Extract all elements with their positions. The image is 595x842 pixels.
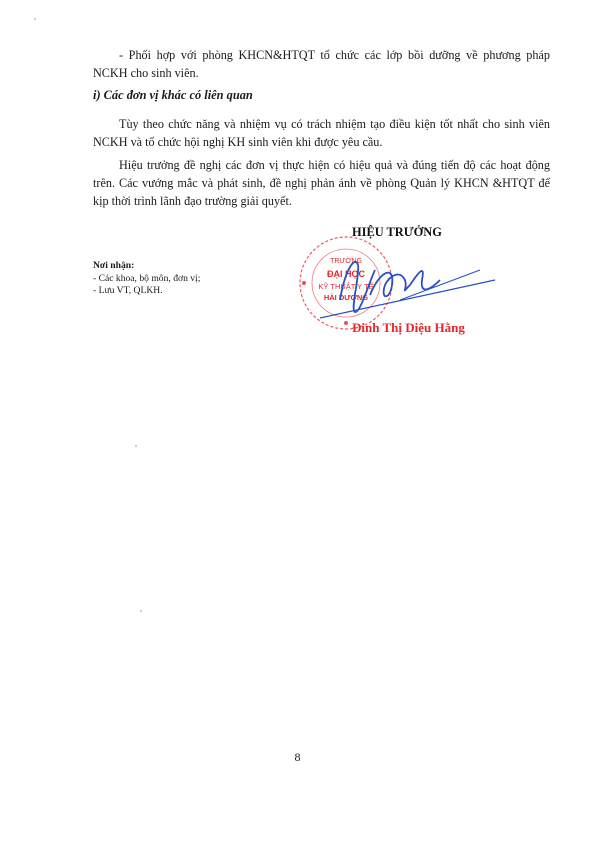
signature-title: HIỆU TRƯỞNG xyxy=(352,225,442,240)
recipient-item: - Lưu VT, QLKH. xyxy=(93,285,200,298)
signer-name: Đinh Thị Diệu Hằng xyxy=(352,320,465,336)
recipients-block: Nơi nhận: - Các khoa, bộ môn, đơn vị; - … xyxy=(93,260,200,298)
section-heading: i) Các đơn vị khác có liên quan xyxy=(93,88,253,103)
page-number: 8 xyxy=(0,750,595,765)
recipient-item: - Các khoa, bộ môn, đơn vị; xyxy=(93,273,200,286)
scan-speck xyxy=(135,445,137,447)
paragraph-request: Hiệu trưởng đề nghị các đơn vị thực hiện… xyxy=(93,156,550,210)
scan-speck xyxy=(140,610,142,612)
paragraph-other-units: Tùy theo chức năng và nhiệm vụ có trách … xyxy=(93,115,550,151)
recipients-title: Nơi nhận: xyxy=(93,260,200,273)
scan-speck xyxy=(34,18,36,20)
paragraph-coordination: - Phối hợp với phòng KHCN&HTQT tổ chức c… xyxy=(93,46,550,82)
handwritten-signature xyxy=(300,240,515,325)
